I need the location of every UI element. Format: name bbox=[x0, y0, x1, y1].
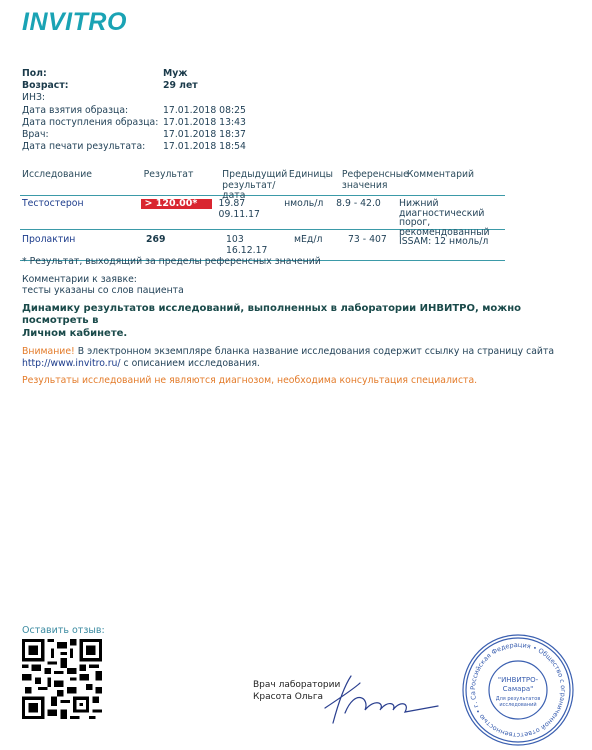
header-reference-line1: Референсные bbox=[342, 170, 399, 181]
info-row-arrival-date: Дата поступления образца: 17.01.2018 13:… bbox=[22, 117, 246, 129]
attention-label: Внимание! bbox=[22, 346, 75, 357]
header-comment: Комментарий bbox=[399, 170, 505, 195]
previous-value: 19.87 bbox=[219, 199, 285, 210]
age-value: 29 лет bbox=[163, 80, 198, 92]
header-previous-line1: Предыдущий bbox=[222, 170, 289, 181]
result-cell: > 120.00* bbox=[141, 199, 218, 229]
test-name-link[interactable]: Тестостерон bbox=[20, 199, 141, 229]
invitro-logo: INVITRO bbox=[22, 8, 127, 37]
doctor-value: 17.01.2018 18:37 bbox=[163, 129, 246, 141]
comment-cell: Нижний диагностический порог, рекомендов… bbox=[391, 199, 505, 229]
company-stamp: Российская Федерация • Общество с ограни… bbox=[458, 632, 578, 748]
arrival-date-label: Дата поступления образца: bbox=[22, 117, 163, 129]
header-previous: Предыдущий результат/дата bbox=[222, 170, 289, 195]
qr-code[interactable] bbox=[22, 639, 102, 719]
age-label: Возраст: bbox=[22, 80, 163, 92]
sex-label: Пол: bbox=[22, 68, 163, 80]
previous-date: 16.12.17 bbox=[226, 246, 294, 257]
stamp-center-line1: "ИНВИТРО- bbox=[498, 676, 539, 684]
footnote: * Результат, выходящий за пределы рефере… bbox=[22, 256, 582, 268]
units-cell: нмоль/л bbox=[284, 199, 336, 229]
patient-info: Пол: Муж Возраст: 29 лет ИНЗ: Дата взяти… bbox=[22, 68, 246, 153]
header-units: Единицы bbox=[289, 170, 342, 195]
stamp-center-line2: Самара" bbox=[503, 685, 534, 693]
previous-date: 09.11.17 bbox=[219, 210, 285, 221]
notes-section: * Результат, выходящий за пределы рефере… bbox=[22, 256, 582, 387]
reference-cell: 8.9 - 42.0 bbox=[336, 199, 391, 229]
out-of-range-result: > 120.00* bbox=[141, 199, 212, 209]
url-suffix: с описанием исследования. bbox=[121, 358, 260, 369]
previous-value: 103 bbox=[226, 235, 294, 246]
doctor-label: Врач: bbox=[22, 129, 163, 141]
header-result: Результат bbox=[144, 170, 223, 195]
disclaimer: Результаты исследований не являются диаг… bbox=[22, 375, 582, 387]
url-paragraph: http://www.invitro.ru/ с описанием иссле… bbox=[22, 358, 582, 370]
inz-label: ИНЗ: bbox=[22, 92, 163, 104]
sample-date-label: Дата взятия образца: bbox=[22, 105, 163, 117]
invitro-url-link[interactable]: http://www.invitro.ru/ bbox=[22, 358, 121, 369]
handwritten-signature bbox=[315, 668, 440, 728]
table-header: Исследование Результат Предыдущий резуль… bbox=[20, 170, 505, 196]
info-row-sample-date: Дата взятия образца: 17.01.2018 08:25 bbox=[22, 105, 246, 117]
header-reference: Референсные значения bbox=[342, 170, 399, 195]
info-row-age: Возраст: 29 лет bbox=[22, 80, 246, 92]
comments-text: тесты указаны со слов пациента bbox=[22, 285, 582, 297]
info-row-doctor: Врач: 17.01.2018 18:37 bbox=[22, 129, 246, 141]
info-row-sex: Пол: Муж bbox=[22, 68, 246, 80]
comments-label: Комментарии к заявке: bbox=[22, 274, 582, 286]
sample-date-value: 17.01.2018 08:25 bbox=[163, 105, 246, 117]
dynamics-line1: Динамику результатов исследований, выпол… bbox=[22, 303, 582, 328]
arrival-date-value: 17.01.2018 13:43 bbox=[163, 117, 246, 129]
header-reference-line2: значения bbox=[342, 181, 399, 192]
attention-paragraph: Внимание! В электронном экземпляре бланк… bbox=[22, 346, 582, 358]
feedback-label: Оставить отзыв: bbox=[22, 625, 105, 636]
print-date-label: Дата печати результата: bbox=[22, 141, 163, 153]
results-table: Исследование Результат Предыдущий резуль… bbox=[20, 170, 505, 261]
info-row-print-date: Дата печати результата: 17.01.2018 18:54 bbox=[22, 141, 246, 153]
previous-cell: 19.87 09.11.17 bbox=[219, 199, 285, 229]
comment-line1: Нижний диагностический bbox=[399, 199, 505, 218]
table-row: Тестостерон > 120.00* 19.87 09.11.17 нмо… bbox=[20, 196, 505, 230]
dynamics-line2: Личном кабинете. bbox=[22, 328, 582, 341]
attention-text: В электронном экземпляре бланка название… bbox=[75, 346, 554, 357]
stamp-center-line4: исследований bbox=[499, 701, 536, 708]
print-date-value: 17.01.2018 18:54 bbox=[163, 141, 246, 153]
header-test: Исследование bbox=[20, 170, 144, 195]
sex-value: Муж bbox=[163, 68, 188, 80]
info-row-inz: ИНЗ: bbox=[22, 92, 246, 104]
